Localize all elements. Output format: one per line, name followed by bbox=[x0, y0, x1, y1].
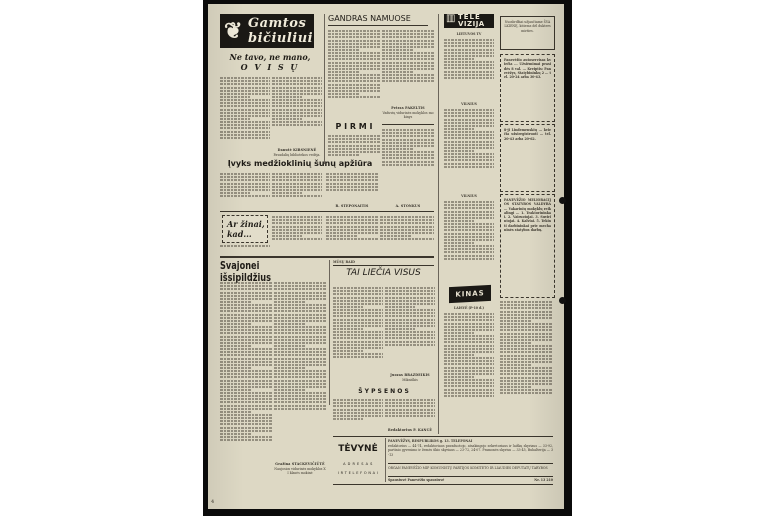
tv-channel-heading: VILNIUS bbox=[444, 102, 494, 106]
article-body bbox=[272, 76, 322, 146]
article-body bbox=[274, 281, 326, 459]
signature: A. STONKUS bbox=[382, 204, 434, 208]
tv-channel-heading: LIETUVOS TV bbox=[444, 32, 494, 36]
tv-channel-heading: VILNIUS bbox=[444, 194, 494, 198]
notice-melioration: PANEVĖŽIO MELIORACIJOS STATYBOS VALDYBA … bbox=[500, 194, 555, 298]
article-body bbox=[272, 215, 322, 253]
signature-note: Vaduvių vidurinės mokyklos mokinys bbox=[382, 111, 434, 120]
ar-zinai-box: Ar žinai, kad... bbox=[222, 215, 268, 243]
article-body bbox=[382, 128, 434, 180]
order-number: Nr. 13 210 bbox=[506, 478, 553, 482]
binder-hole bbox=[559, 297, 566, 304]
notice-text: Panevėžio autoservisas kviečia ... Užsiė… bbox=[504, 58, 551, 79]
article-title-pirmi: P I R M I bbox=[328, 122, 380, 131]
article-title-sypsenos: Š Y P S E N O S bbox=[333, 388, 434, 395]
article-title-gandras: GANDRAS NAMUOSE bbox=[328, 14, 436, 23]
paper-name: TĖVYNĖ bbox=[333, 444, 383, 454]
newspaper-page: ❦ Gamtos bičiuliui Ne tavo, ne mano, O V… bbox=[208, 4, 564, 509]
footer-rule bbox=[388, 476, 553, 477]
editor-credit: Redaktorius P. KANCĖ bbox=[385, 428, 435, 432]
notice-autoservice: Panevėžio autoservisas kviečia ... Užsiė… bbox=[500, 54, 555, 122]
article-title-tai-liecia: TAI LIEČIA VISUS bbox=[333, 268, 434, 278]
section-masthead: ❦ Gamtos bičiuliui bbox=[220, 14, 314, 48]
signature: Gražina STACKEVIČIŪTĖ bbox=[274, 462, 326, 466]
article-subtitle-o-visu: O V I S Ų bbox=[220, 62, 320, 72]
article-body bbox=[326, 172, 378, 200]
footer-divider bbox=[385, 438, 386, 482]
printer: Spaustuvė Panevėžio spaustuvė bbox=[388, 478, 498, 482]
phones-detail: PANEVĖŽYS, RESPUBLIKOS g. 13. TELEFONAI bbox=[388, 439, 553, 443]
article-body bbox=[220, 76, 270, 164]
publisher-line: ORGAN PANEVĖŽIO MIP KOMUNISTŲ PARTIJOS K… bbox=[388, 466, 553, 470]
signature: Juozas BRAZDEIKIS bbox=[385, 373, 435, 377]
tv-screen-icon: ▥ bbox=[446, 15, 455, 22]
article-title-ivyks: Įvyks medžioklinių šunų apžiūra bbox=[220, 159, 380, 168]
kinas-heading: LAISVĖ (P-10 d.) bbox=[444, 306, 494, 310]
page-number: 4 bbox=[211, 500, 217, 504]
notice-school: 8-ji Lindemenskių ... kviečia užsiregist… bbox=[500, 124, 555, 192]
phones-label: I R T E L E F O N A I bbox=[333, 471, 383, 475]
article-body bbox=[220, 172, 270, 208]
notice-text: PANEVĖŽIO MELIORACIJOS STATYBOS VALDYBA … bbox=[504, 198, 551, 232]
article-body bbox=[220, 281, 272, 503]
divider bbox=[382, 124, 434, 125]
article-body bbox=[328, 29, 380, 124]
tv-logo-line-2: VIZIJA bbox=[458, 21, 485, 28]
signature: R. STEPONAITIS bbox=[326, 204, 378, 208]
article-body bbox=[385, 398, 435, 424]
column-divider bbox=[324, 14, 325, 164]
signature: Petras PAKELTIS bbox=[382, 106, 434, 110]
article-body bbox=[380, 215, 434, 253]
masthead-line-2: bičiuliui bbox=[248, 31, 313, 46]
tv-program-list bbox=[444, 38, 494, 98]
kinas-listing-continued bbox=[500, 300, 553, 430]
article-body bbox=[385, 286, 435, 370]
address-label: A D R E S A S bbox=[333, 462, 383, 466]
signature: Danutė KIRSNIENĖ bbox=[272, 148, 322, 152]
phones-detail: redaktorius — 44-74, redaktoriaus pavadu… bbox=[388, 444, 553, 457]
kinas-logo: KINAS bbox=[449, 285, 491, 303]
signature-note: Mikniškis bbox=[385, 378, 435, 382]
ar-zinai-line-1: Ar žinai, bbox=[227, 219, 265, 229]
kicker-rule bbox=[333, 265, 434, 266]
signature-note: Pavadalių bibliotekos vedėja. bbox=[272, 153, 322, 157]
article-body bbox=[272, 172, 322, 208]
section-divider bbox=[220, 256, 434, 258]
footer-top-rule bbox=[333, 436, 553, 437]
televizija-logo: TELE VIZIJA ▥ bbox=[444, 14, 494, 28]
article-body bbox=[382, 29, 434, 104]
notice-text: 8-ji Lindemenskių ... kviečia užsiregist… bbox=[504, 128, 551, 141]
article-body bbox=[326, 215, 378, 253]
ar-zinai-line-2: kad... bbox=[227, 229, 252, 239]
footer-rule bbox=[388, 463, 553, 464]
kicker: MŪSŲ RAID bbox=[333, 260, 373, 264]
tv-program-list bbox=[444, 200, 494, 282]
title-underline bbox=[328, 25, 428, 26]
bird-emblem-icon: ❦ bbox=[224, 18, 242, 44]
signature-note: Naujosios vidurinės mokyklos XI klasės m… bbox=[274, 467, 326, 476]
footer-bottom-rule bbox=[333, 484, 553, 485]
column-divider bbox=[329, 260, 330, 405]
masthead-line-1: Gamtos bbox=[248, 16, 306, 31]
article-title-ne-tavo: Ne tavo, ne mano, bbox=[220, 52, 320, 62]
notice-condolence: Nuoširdžiai užjaučiame ŠVALKIENĘ, kitiem… bbox=[500, 16, 555, 50]
kinas-listing bbox=[444, 312, 494, 432]
article-body bbox=[220, 244, 270, 252]
column-divider bbox=[438, 14, 439, 434]
tv-program-list bbox=[444, 108, 494, 192]
notice-text: Nuoširdžiai užjaučiame ŠVALKIENĘ, kitiem… bbox=[504, 20, 551, 33]
article-body bbox=[333, 286, 383, 386]
article-body bbox=[333, 398, 383, 432]
binder-hole bbox=[559, 197, 566, 204]
section-divider bbox=[220, 211, 434, 212]
